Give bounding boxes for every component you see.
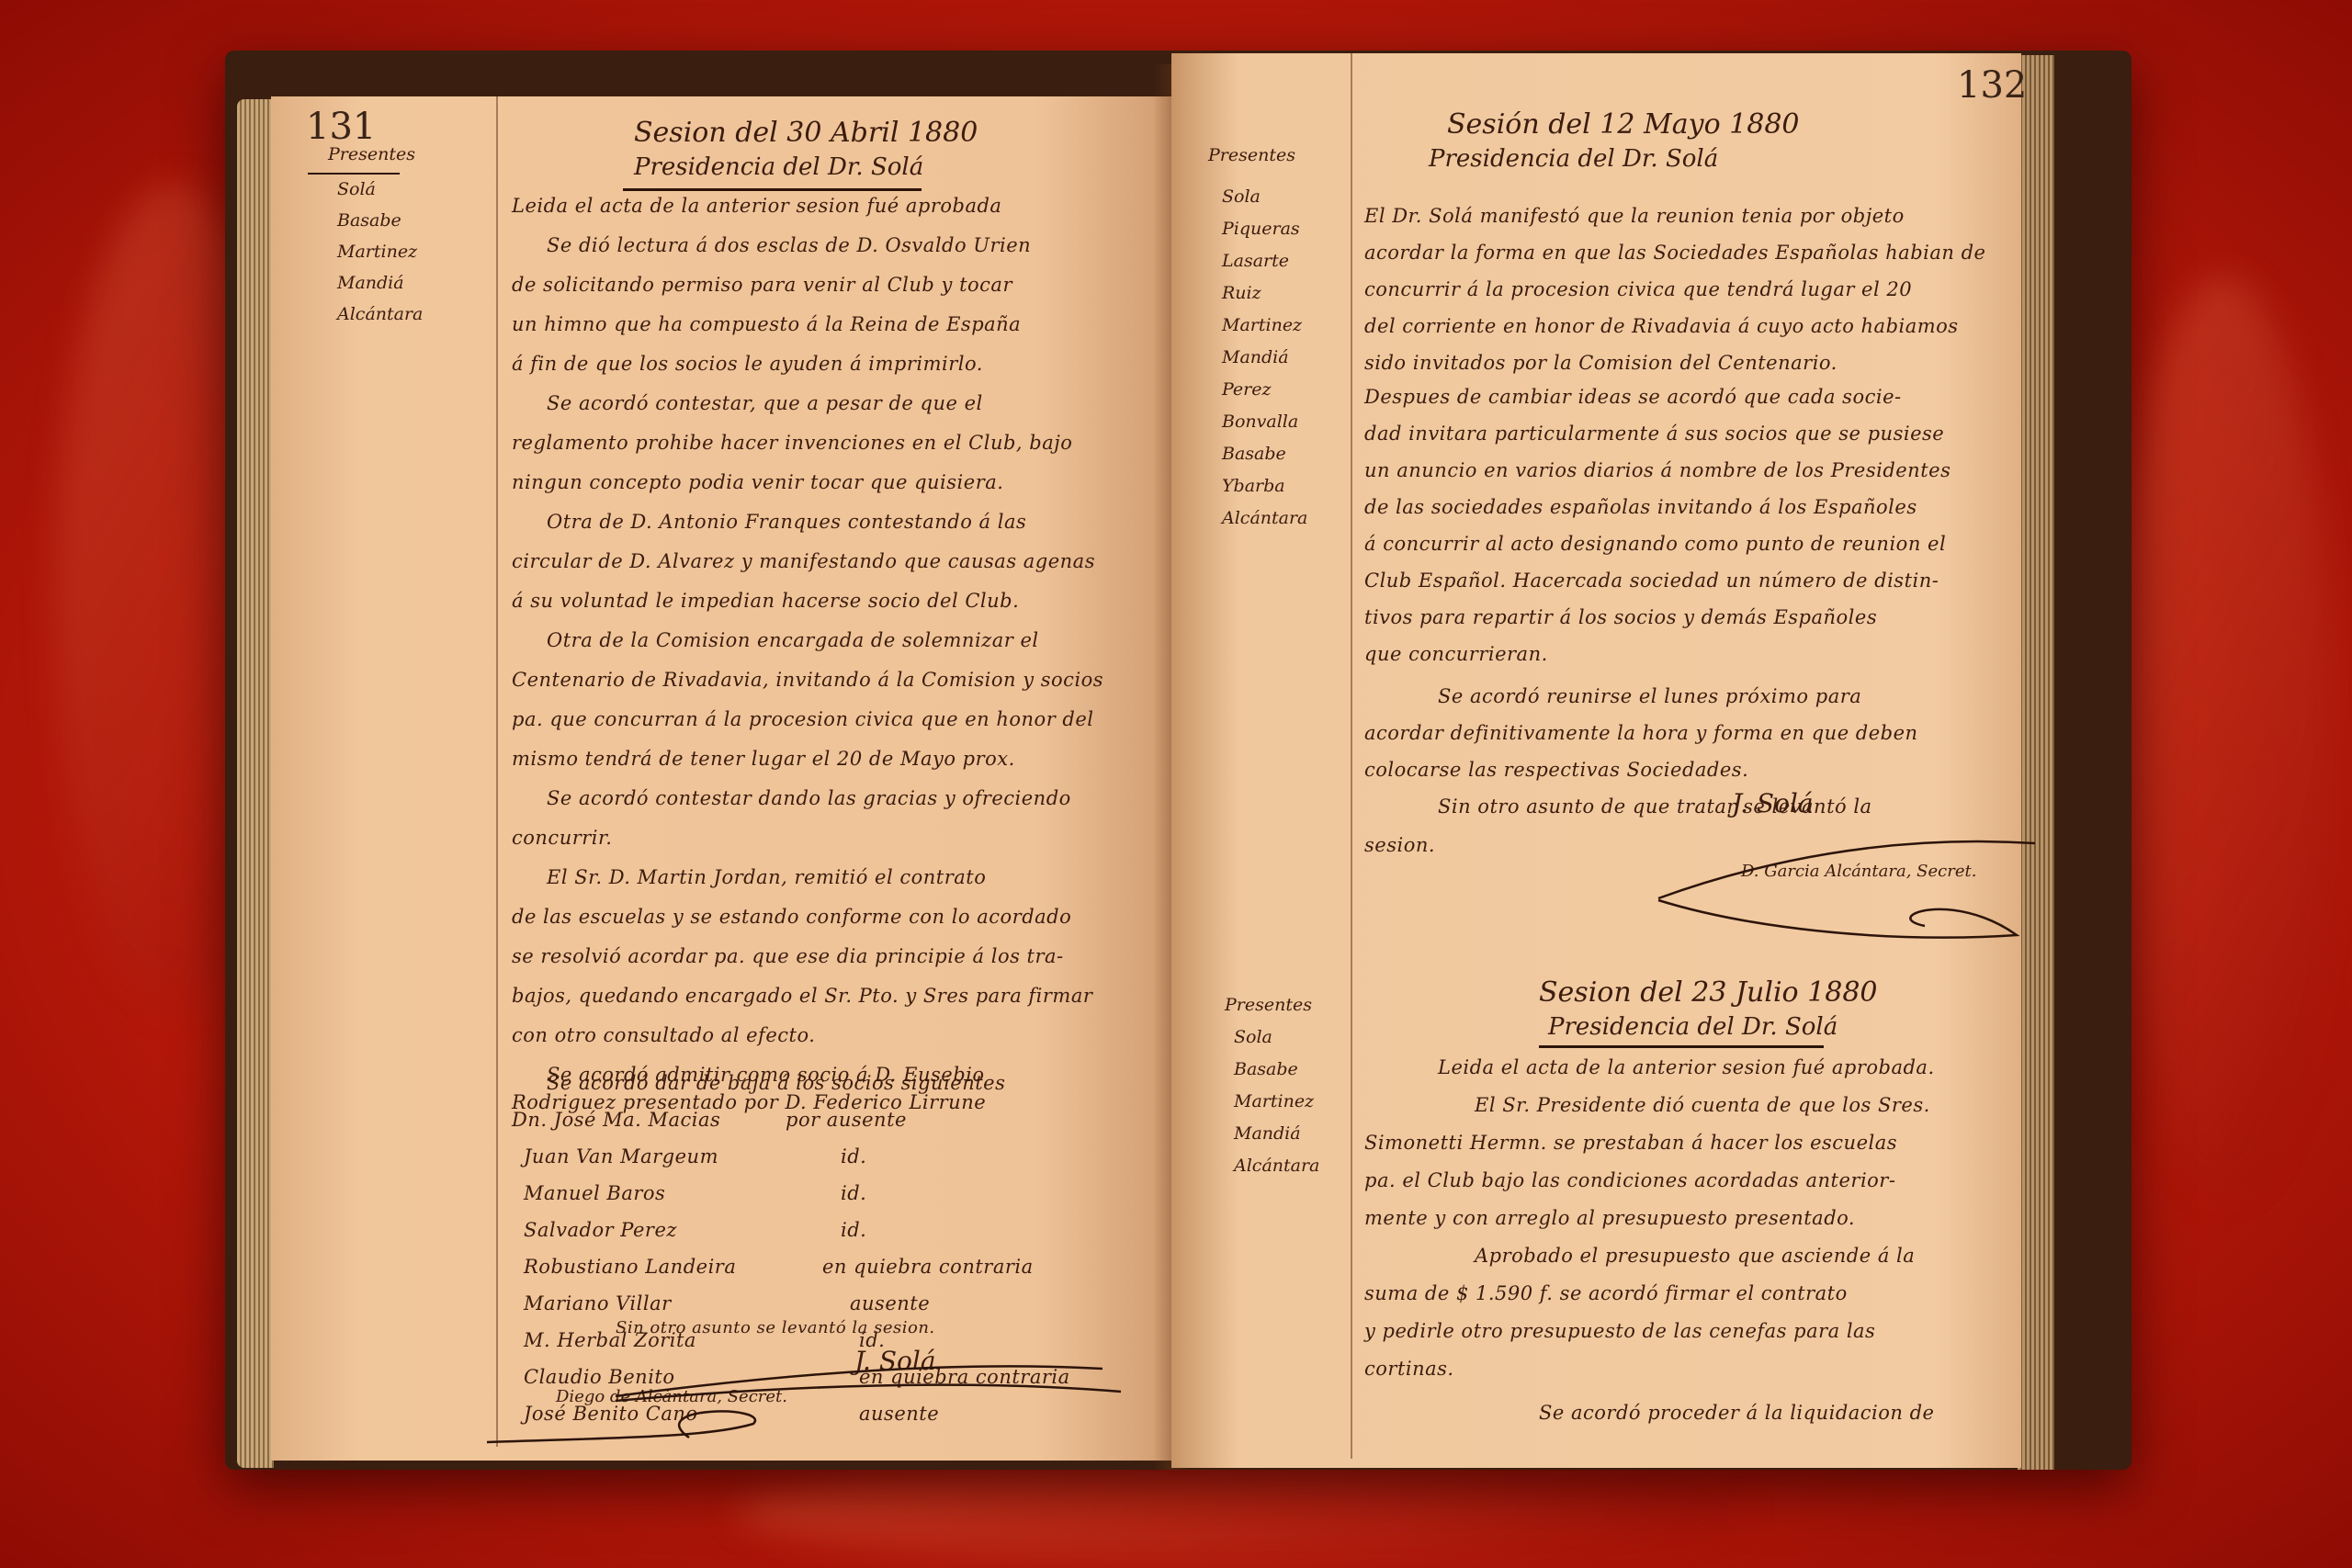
text-line: Despues de cambiar ideas se acordó que c… [1364,386,1902,408]
attendee: Basabe [1234,1059,1298,1079]
attendance-header: Presentes [328,144,415,164]
text-line: Aprobado el presupuesto que asciende á l… [1475,1245,1915,1267]
signature-president: J. Solá [1732,788,1814,818]
member-name: Dn. José Ma. Macias [512,1109,720,1131]
attendance-header: Presentes [1208,145,1295,165]
text-line: se resolvió acordar pa. que ese dia prin… [512,945,1064,967]
attendee: Martinez [337,242,417,262]
right-page: 132 Presentes Sola Piqueras Lasarte Ruiz… [1171,53,2021,1468]
text-line: suma de $ 1.590 f. se acordó firmar el c… [1364,1282,1848,1304]
header-underline [308,173,400,175]
text-line: con otro consultado al efecto. [512,1024,815,1046]
text-line: Se acordó contestar, que a pesar de que … [547,392,983,414]
text-line: que concurrieran. [1364,643,1548,665]
attendee: Perez [1222,379,1272,400]
text-line: Leida el acta de la anterior sesion fué … [1438,1056,1935,1078]
attendee: Solá [337,179,376,199]
signature-flourish [1649,816,2035,953]
text-line: colocarse las respectivas Sociedades. [1364,759,1748,781]
attendee: Basabe [337,210,401,231]
closing-line: Sin otro asunto se levantó la sesion. [616,1318,935,1337]
text-line: El Sr. D. Martin Jordan, remitió el cont… [547,866,986,888]
text-line: del corriente en honor de Rivadavia á cu… [1364,315,1959,337]
text-line: tivos para repartir á los socios y demás… [1364,606,1877,628]
member-reason: por ausente [786,1109,907,1131]
member-name: Robustiano Landeira [524,1256,736,1278]
text-line: concurrir. [512,827,612,849]
text-line: y pedirle otro presupuesto de las cenefa… [1364,1320,1875,1342]
text-line: acordar definitivamente la hora y forma … [1364,722,1918,744]
member-name: Juan Van Margeum [524,1145,718,1168]
attendee: Alcántara [1234,1156,1319,1176]
text-line: Se acordó proceder á la liquidacion de [1539,1402,1935,1424]
removal-intro: Se acordó dar de baja á los socios sigui… [547,1072,1005,1094]
text-line: dad invitara particularmente á sus socio… [1364,423,1944,445]
page-number: 132 [1957,64,2027,107]
presidency-line: Presidencia del Dr. Solá [634,153,923,181]
text-line: Otra de D. Antonio Franques contestando … [547,511,1026,533]
attendee: Alcántara [337,304,423,324]
attendee: Mandiá [1222,347,1289,367]
text-line: un himno que ha compuesto á la Reina de … [512,313,1021,335]
text-line: bajos, quedando encargado el Sr. Pto. y … [512,985,1092,1007]
attendee: Basabe [1222,444,1286,464]
text-line: á fin de que los socios le ayuden á impr… [512,353,983,375]
text-line: ningun concepto podia venir tocar que qu… [512,471,1003,493]
page-edges-right [2018,55,2054,1470]
session-title: Sesion del 30 Abril 1880 [634,117,978,149]
text-line: Leida el acta de la anterior sesion fué … [512,195,1001,217]
text-line: reglamento prohibe hacer invenciones en … [512,432,1072,454]
text-line: concurrir á la procesion civica que tend… [1364,278,1912,300]
session-title: Sesion del 23 Julio 1880 [1539,976,1878,1009]
text-line: Club Español. Hacercada sociedad un núme… [1364,570,1939,592]
member-reason: id. [841,1219,866,1241]
attendee: Alcántara [1222,508,1307,528]
signature-flourish [478,1350,1139,1451]
text-line: El Dr. Solá manifestó que la reunion ten… [1364,205,1905,227]
margin-rule [1351,53,1352,1459]
text-line: de las sociedades españolas invitando á … [1364,496,1917,518]
attendance-header: Presentes [1225,995,1312,1015]
text-line: cortinas. [1364,1358,1454,1380]
text-line: Simonetti Hermn. se prestaban á hacer lo… [1364,1132,1897,1154]
left-page: 131 Presentes Solá Basabe Martinez Mandi… [271,96,1171,1461]
text-line: mente y con arreglo al presupuesto prese… [1364,1207,1855,1229]
attendee: Sola [1234,1027,1272,1047]
text-line: á concurrir al acto designando como punt… [1364,533,1946,555]
member-reason: ausente [850,1292,930,1314]
member-reason: id. [841,1182,866,1204]
attendee: Mandiá [337,273,404,293]
text-line: pa. el Club bajo las condiciones acordad… [1364,1169,1895,1191]
page-number: 131 [306,106,376,148]
member-name: Manuel Baros [524,1182,665,1204]
text-line: un anuncio en varios diarios á nombre de… [1364,459,1951,481]
text-line: sesion. [1364,834,1435,856]
attendee: Piqueras [1222,219,1300,239]
text-line: Se acordó reunirse el lunes próximo para [1438,685,1861,707]
text-line: circular de D. Alvarez y manifestando qu… [512,550,1095,572]
session-title: Sesión del 12 Mayo 1880 [1447,108,1800,141]
title-underline [623,188,922,191]
attendee: Sola [1222,186,1261,207]
attendee: Mandiá [1234,1123,1301,1144]
text-line: Se dió lectura á dos esclas de D. Osvald… [547,234,1031,256]
member-reason: en quiebra contraria [822,1256,1034,1278]
member-reason: id. [841,1145,866,1168]
member-name: Salvador Perez [524,1219,677,1241]
attendee: Bonvalla [1222,412,1298,432]
text-line: de solicitando permiso para venir al Clu… [512,274,1012,296]
attendee: Martinez [1222,315,1302,335]
text-line: pa. que concurran á la procesion civica … [512,708,1094,730]
attendee: Lasarte [1222,251,1289,271]
text-line: acordar la forma en que las Sociedades E… [1364,242,1985,264]
presidency-line: Presidencia del Dr. Solá [1429,145,1718,173]
text-line: Centenario de Rivadavia, invitando á la … [512,669,1103,691]
attendee: Ybarba [1222,476,1285,496]
text-line: El Sr. Presidente dió cuenta de que los … [1475,1094,1930,1116]
text-line: Se acordó contestar dando las gracias y … [547,787,1071,809]
attendee: Ruiz [1222,283,1261,303]
margin-rule [496,96,498,1447]
member-name: Mariano Villar [524,1292,672,1314]
attendee: Martinez [1234,1091,1314,1111]
text-line: sido invitados por la Comision del Cente… [1364,352,1837,374]
title-underline [1539,1045,1824,1048]
text-line: mismo tendrá de tener lugar el 20 de May… [512,748,1015,770]
text-line: de las escuelas y se estando conforme co… [512,906,1071,928]
presidency-line: Presidencia del Dr. Solá [1548,1013,1837,1041]
text-line: Otra de la Comision encargada de solemni… [547,629,1039,651]
page-edges-left [237,99,274,1468]
text-line: á su voluntad le impedian hacerse socio … [512,590,1019,612]
